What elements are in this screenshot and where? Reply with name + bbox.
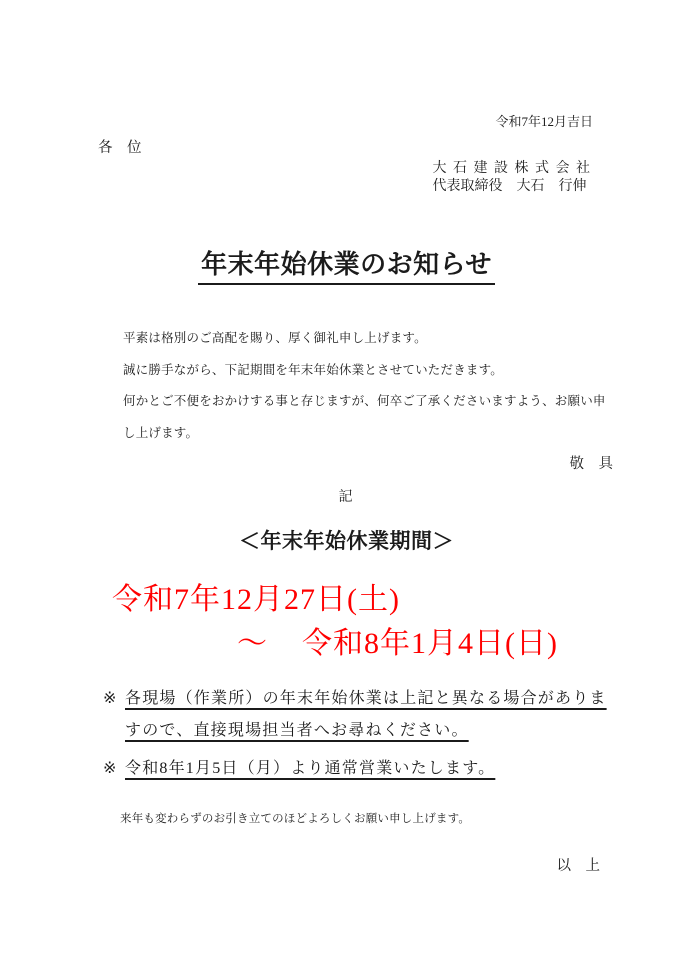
notes-list: ※ 各現場（作業所）の年末年始休業は上記と異なる場合がありますので、直接現場担当… [103,683,609,785]
holiday-end-date: 令和8年1月4日(日) [302,627,558,660]
body-text: 平素は格別のご高配を賜り、厚く御礼申し上げます。 誠に勝手ながら、下記期間を年末… [123,323,609,449]
record-marker: 記 [0,488,693,508]
note-item-2: ※ 令和8年1月5日（月）より通常営業いたします。 [103,753,609,785]
holiday-range-separator: ～ [237,627,268,660]
period-heading: ＜年末年始休業期間＞ [0,526,693,556]
document-title: 年末年始休業のお知らせ [198,249,495,285]
body-paragraph-2: 誠に勝手ながら、下記期間を年末年始休業とさせていただきます。 [123,355,609,387]
sender-representative: 代表取締役 大石 行伸 [433,178,591,195]
closing-message: 来年も変わらずのお引き立てのほどよろしくお願い申し上げます。 [120,809,693,829]
body-paragraph-1: 平素は格別のご高配を賜り、厚く御礼申し上げます。 [123,323,609,355]
note-text: 各現場（作業所）の年末年始休業は上記と異なる場合がありますので、直接現場担当者へ… [125,683,609,747]
closing-salutation: 敬 具 [0,454,693,474]
holiday-period: 令和7年12月27日(土) ～令和8年1月4日(日) [112,578,693,666]
holiday-start-date: 令和7年12月27日(土) [112,578,693,622]
recipient: 各 位 [98,138,693,158]
sender-block: 大 石 建 設 株 式 会 社 代表取締役 大石 行伸 [0,160,693,195]
sender-inner: 大 石 建 設 株 式 会 社 代表取締役 大石 行伸 [433,160,591,195]
issue-date: 令和7年12月吉日 [0,0,693,132]
title-wrap: 年末年始休業のお知らせ [0,249,693,285]
sender-company: 大 石 建 設 株 式 会 社 [433,160,591,177]
note-text: 令和8年1月5日（月）より通常営業いたします。 [125,753,609,785]
holiday-end-line: ～令和8年1月4日(日) [112,622,693,666]
note-item-1: ※ 各現場（作業所）の年末年始休業は上記と異なる場合がありますので、直接現場担当… [103,683,609,747]
end-marker: 以 上 [0,856,693,876]
note-marker: ※ [103,753,125,785]
notice-document: 令和7年12月吉日 各 位 大 石 建 設 株 式 会 社 代表取締役 大石 行… [0,0,693,980]
body-paragraph-3: 何かとご不便をおかけする事と存じますが、何卒ご了承くださいますよう、お願い申し上… [123,386,609,449]
note-marker: ※ [103,683,125,747]
